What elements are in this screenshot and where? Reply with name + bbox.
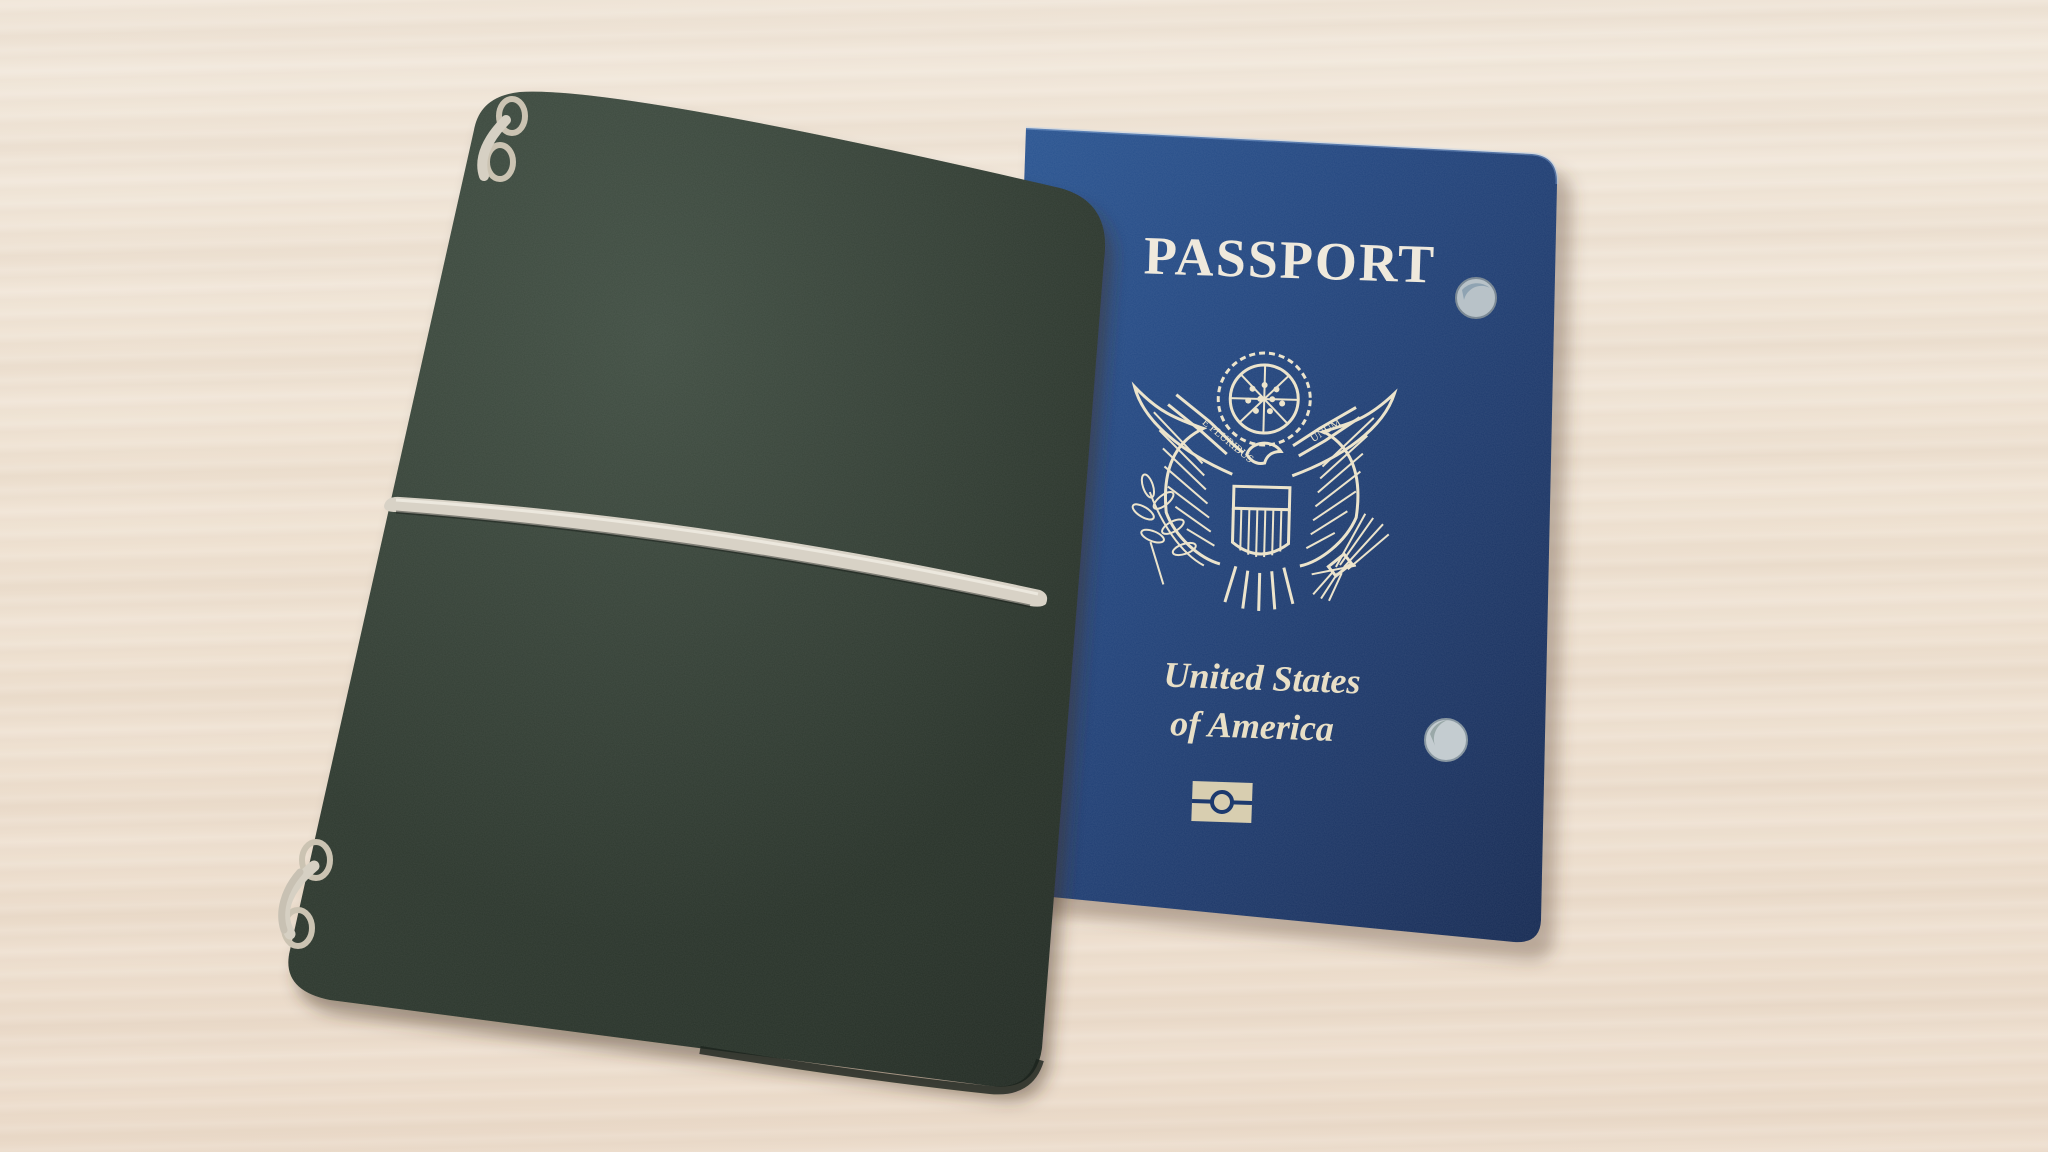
punched-hole-bottom [1425, 719, 1467, 761]
passport-country-line2: of America [1170, 703, 1335, 749]
photo-scene: PASSPORT [0, 0, 2048, 1152]
passport-country-line1: United States [1163, 655, 1361, 702]
biometric-chip-icon [1191, 781, 1252, 823]
punched-hole-top [1456, 278, 1496, 318]
scene-svg: PASSPORT [0, 0, 2048, 1152]
leather-notebook [282, 92, 1105, 1091]
passport-title: PASSPORT [1143, 225, 1437, 294]
